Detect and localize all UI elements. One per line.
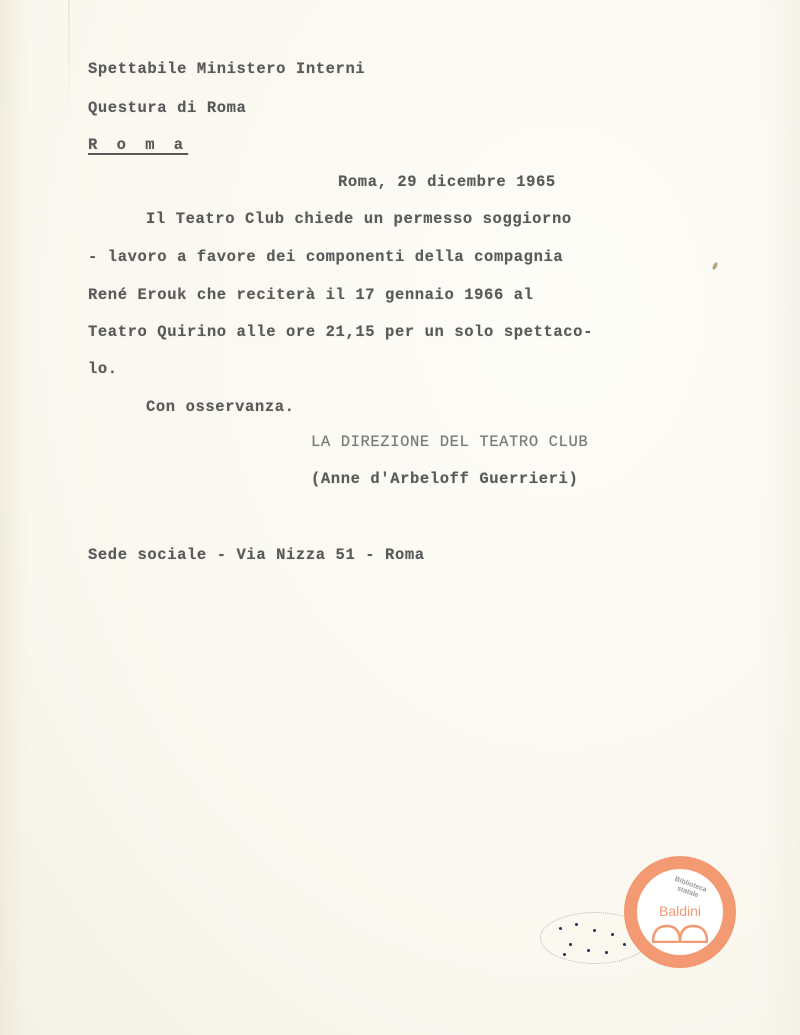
open-book-icon [651,923,709,943]
letter-date: Roma, 29 dicembre 1965 [338,173,556,191]
body-line-1: Il Teatro Club chiede un permesso soggio… [146,210,572,228]
logo-name: Baldini [637,903,723,919]
baldini-library-logo: Biblioteca statale Baldini [624,856,736,968]
closing: Con osservanza. [146,398,295,416]
body-line-3: René Erouk che reciterà il 17 gennaio 19… [88,286,534,304]
recipient-line-2: Questura di Roma [88,99,246,117]
body-line-4: Teatro Quirino alle ore 21,15 per un sol… [88,323,593,341]
logo-subtitle: Biblioteca statale [666,874,713,904]
recipient-line-1: Spettabile Ministero Interni [88,60,365,78]
footer-address: Sede sociale - Via Nizza 51 - Roma [88,546,425,564]
signature-organization: LA DIREZIONE DEL TEATRO CLUB [311,433,588,451]
body-line-5: lo. [88,360,118,378]
body-line-2: - lavoro a favore dei componenti della c… [88,248,563,266]
paper-crease [68,0,70,120]
signature-name: (Anne d'Arbeloff Guerrieri) [311,470,578,488]
recipient-city: R o m a [88,136,188,154]
